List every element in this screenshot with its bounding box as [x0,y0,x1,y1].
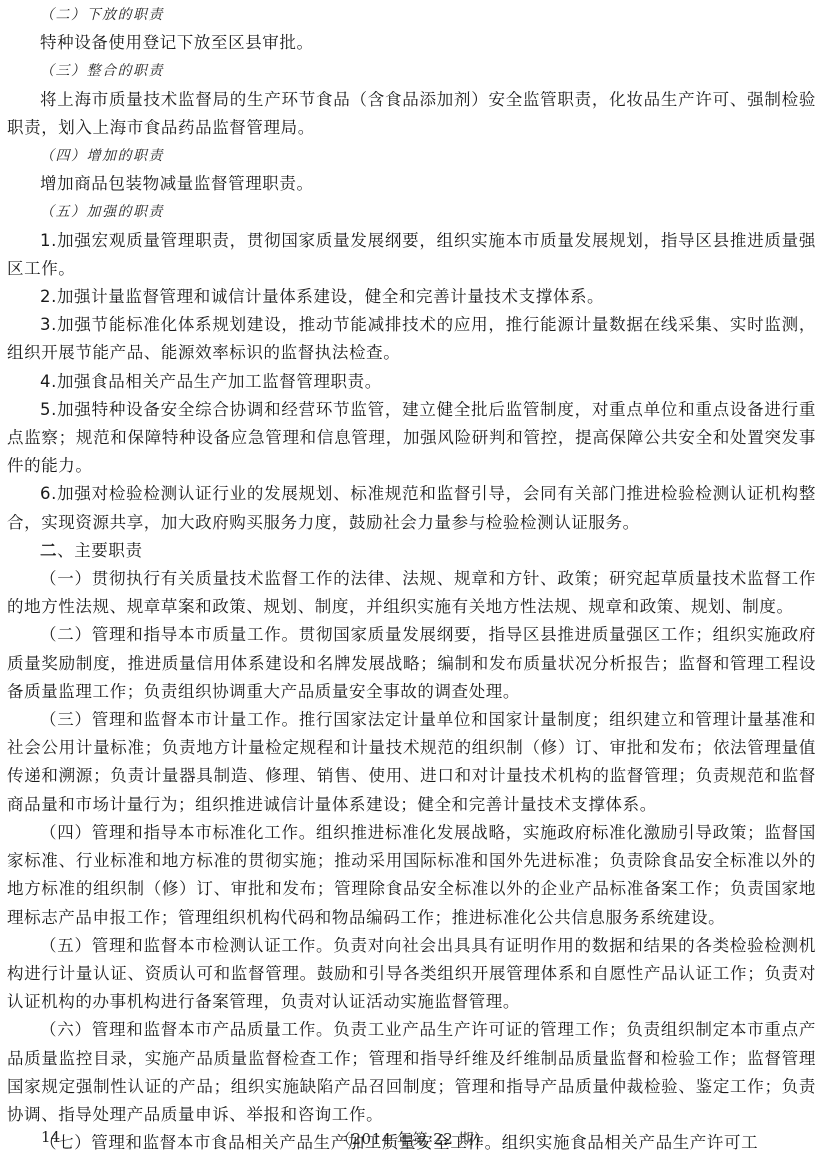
body-paragraph: 将上海市质量技术监督局的生产环节食品（含食品添加剂）安全监管职责，化妆品生产许可… [7,86,816,142]
body-paragraph: 增加商品包装物减量监督管理职责。 [7,170,816,198]
body-paragraph: （一）贯彻执行有关质量技术监督工作的法律、法规、规章和方针、政策；研究起草质量技… [7,565,816,621]
subsection-title-delegated-duties: （二）下放的职责 [7,1,816,29]
subsection-title-integrated-duties: （三）整合的职责 [7,57,816,85]
subsection-title-strengthened-duties: （五）加强的职责 [7,198,816,226]
page-footer: 14 （2014 年第 22 期） [0,1128,827,1150]
list-item: 1.加强宏观质量管理职责，贯彻国家质量发展纲要，组织实施本市质量发展规划，指导区… [7,227,816,283]
list-item: 4.加强食品相关产品生产加工监督管理职责。 [7,368,816,396]
subsection-title-added-duties: （四）增加的职责 [7,142,816,170]
section-title: 、主要职责 [57,541,143,560]
issue-label: （2014 年第 22 期） [336,1128,490,1149]
body-paragraph: （四）管理和指导本市标准化工作。组织推进标准化发展战略，实施政府标准化激励引导政… [7,819,816,932]
body-paragraph: （二）管理和指导本市质量工作。贯彻国家质量发展纲要，指导区县推进质量强区工作；组… [7,621,816,706]
list-item: 3.加强节能标准化体系规划建设，推动节能减排技术的应用，推行能源计量数据在线采集… [7,311,816,367]
document-page: （二）下放的职责 特种设备使用登记下放至区县审批。 （三）整合的职责 将上海市质… [7,0,816,1157]
page-number: 14 [41,1128,60,1146]
list-item: 5.加强特种设备安全综合协调和经营环节监管，建立健全批后监管制度，对重点单位和重… [7,396,816,481]
list-item: 6.加强对检验检测认证行业的发展规划、标准规范和监督引导，会同有关部门推进检验检… [7,480,816,536]
body-paragraph: 特种设备使用登记下放至区县审批。 [7,29,816,57]
body-paragraph: （六）管理和监督本市产品质量工作。负责工业产品生产许可证的管理工作；负责组织制定… [7,1016,816,1129]
section-heading-main-duties: 二、主要职责 [7,537,816,565]
section-number: 二 [40,541,57,560]
body-paragraph: （五）管理和监督本市检测认证工作。负责对向社会出具具有证明作用的数据和结果的各类… [7,932,816,1017]
list-item: 2.加强计量监督管理和诚信计量体系建设，健全和完善计量技术支撑体系。 [7,283,816,311]
body-paragraph: （三）管理和监督本市计量工作。推行国家法定计量单位和国家计量制度；组织建立和管理… [7,706,816,819]
